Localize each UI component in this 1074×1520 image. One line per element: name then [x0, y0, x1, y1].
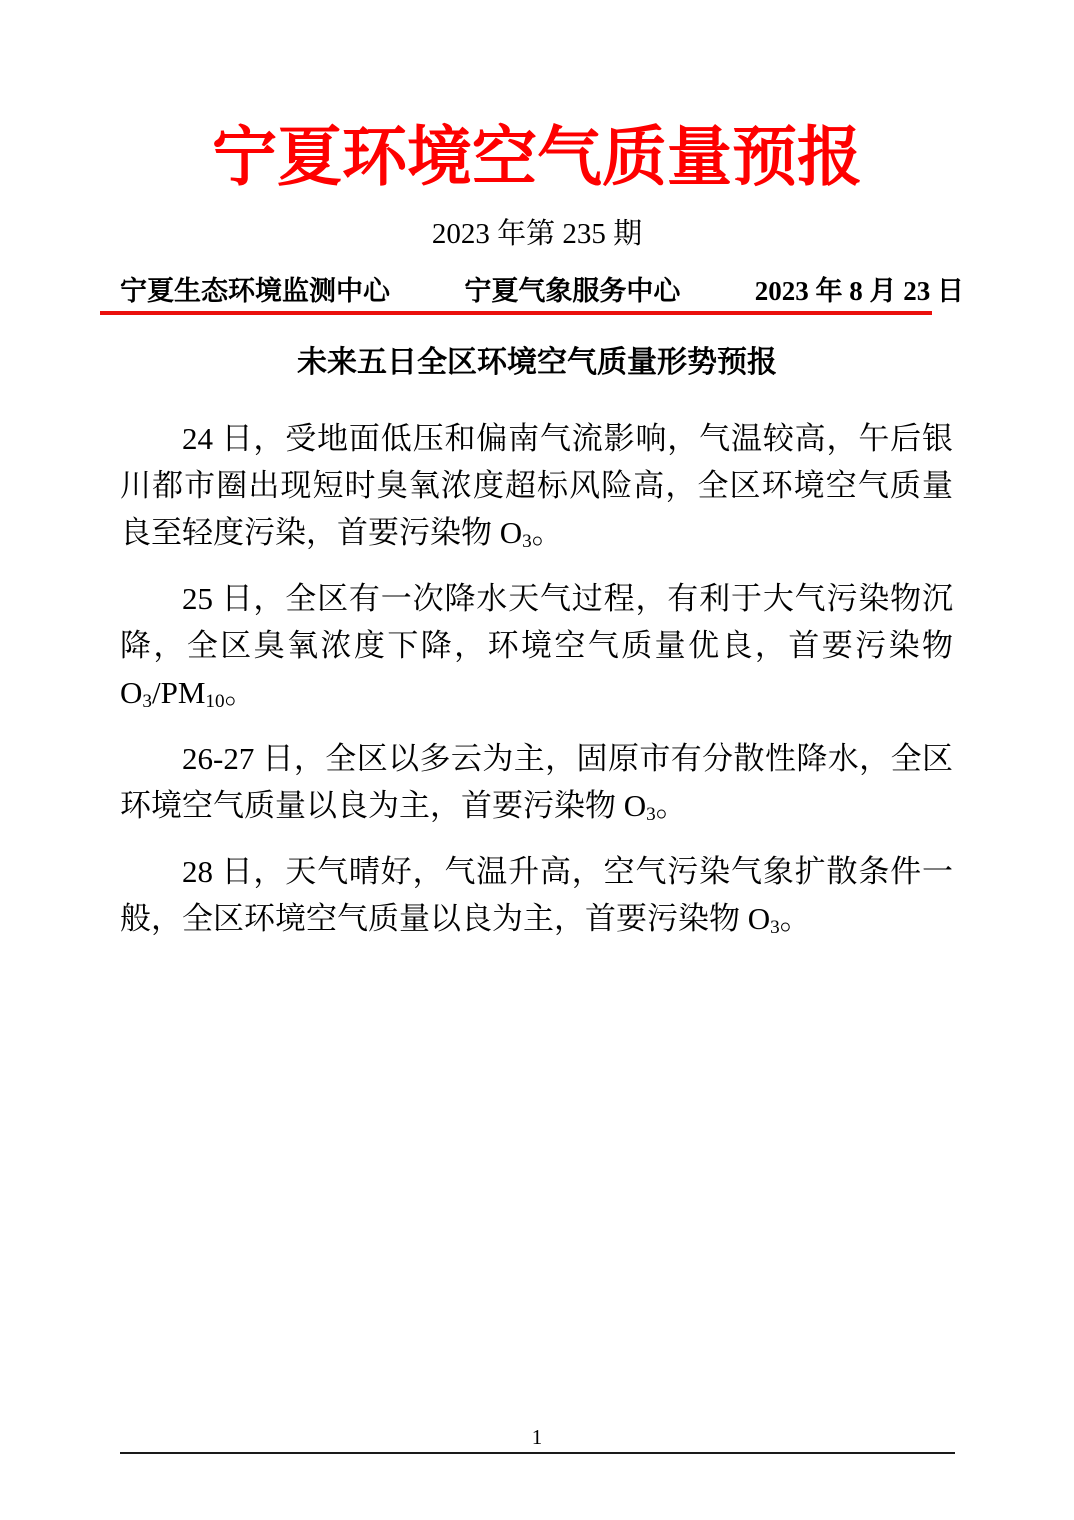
forecast-paragraph: 25 日，全区有一次降水天气过程，有利于大气污染物沉降，全区臭氧浓度下降，环境空… [120, 575, 953, 716]
page-number: 1 [0, 1424, 1074, 1450]
forecast-paragraph: 28 日，天气晴好，气温升高，空气污染气象扩散条件一般，全区环境空气质量以良为主… [120, 848, 953, 942]
pollutant-subscript: 3 [522, 531, 532, 552]
pollutant-subscript: 3 [142, 691, 152, 712]
header-red-rule [100, 311, 932, 315]
issue-number: 2023 年第 235 期 [0, 216, 1074, 252]
forecast-paragraphs: 24 日，受地面低压和偏南气流影响，气温较高，午后银川都市圈出现短时臭氧浓度超标… [0, 415, 1074, 942]
forecast-paragraph: 26-27 日，全区以多云为主，固原市有分散性降水，全区环境空气质量以良为主，首… [120, 735, 953, 829]
issuer-row: 宁夏生态环境监测中心 宁夏气象服务中心 2023 年 8 月 23 日 [0, 276, 1074, 306]
pollutant-subscript: 3 [646, 804, 656, 825]
section-heading: 未来五日全区环境空气质量形势预报 [0, 339, 1074, 386]
org-monitoring-center: 宁夏生态环境监测中心 [120, 276, 390, 306]
document-title: 宁夏环境空气质量预报 [0, 0, 1074, 198]
forecast-paragraph: 24 日，受地面低压和偏南气流影响，气温较高，午后银川都市圈出现短时臭氧浓度超标… [120, 415, 953, 556]
org-meteorological-center: 宁夏气象服务中心 [464, 276, 680, 306]
publish-date: 2023 年 8 月 23 日 [755, 276, 964, 306]
footer-rule [120, 1452, 955, 1454]
pollutant-subscript: 10 [205, 691, 224, 712]
document-page: 宁夏环境空气质量预报 2023 年第 235 期 宁夏生态环境监测中心 宁夏气象… [0, 0, 1074, 1520]
pollutant-subscript: 3 [770, 917, 780, 938]
